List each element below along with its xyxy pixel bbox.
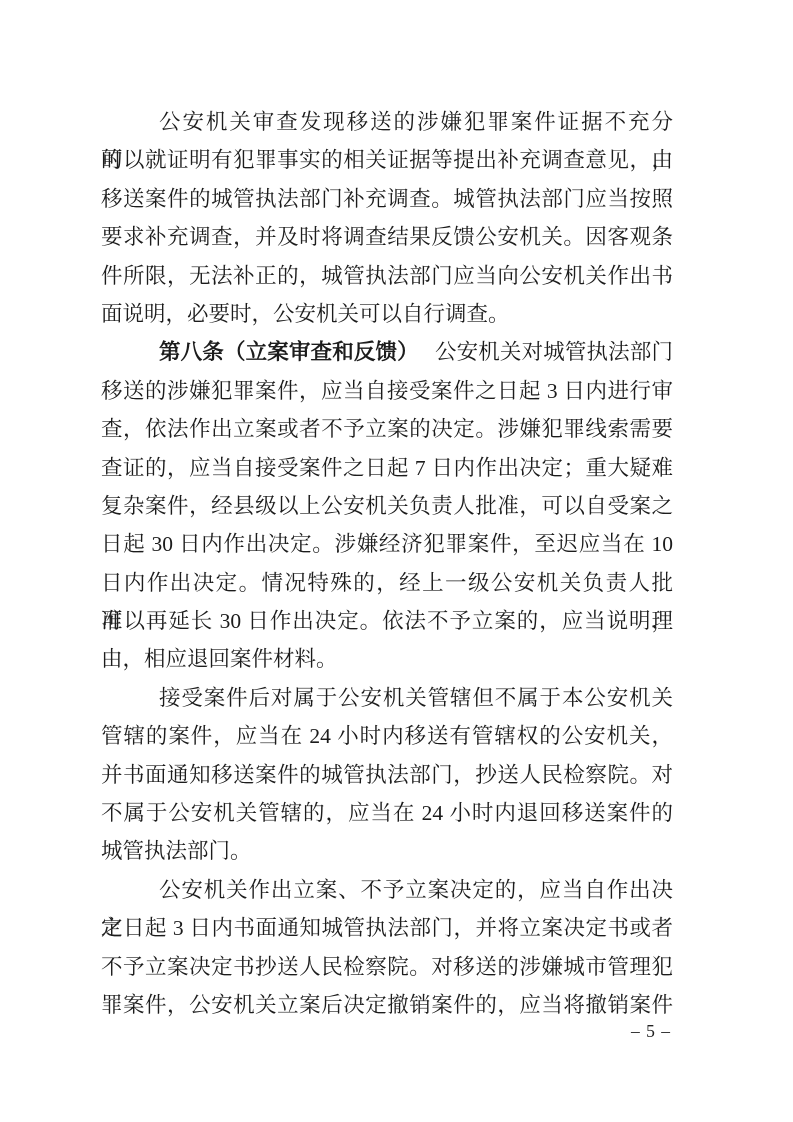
document-page: 公安机关审查发现移送的涉嫌犯罪案件证据不充分的， 可以就证明有犯罪事实的相关证据… <box>0 0 793 1122</box>
text-line: 移送案件的城管执法部门补充调查。城管执法部门应当按照 <box>101 180 673 218</box>
text-line: 公安机关审查发现移送的涉嫌犯罪案件证据不充分的， <box>101 103 673 141</box>
text-line: 之日起 3 日内书面通知城管执法部门，并将立案决定书或者 <box>101 909 673 947</box>
paragraph: 公安机关审查发现移送的涉嫌犯罪案件证据不充分的， 可以就证明有犯罪事实的相关证据… <box>101 103 673 333</box>
text-line: 不予立案决定书抄送人民检察院。对移送的涉嫌城市管理犯 <box>101 948 673 986</box>
text-line: 第八条（立案审查和反馈）公安机关对城管执法部门 <box>101 333 673 371</box>
text-line: 并书面通知移送案件的城管执法部门，抄送人民检察院。对 <box>101 756 673 794</box>
article-8-heading: 第八条（立案审查和反馈） <box>159 340 419 364</box>
text-line: 移送的涉嫌犯罪案件，应当自接受案件之日起 3 日内进行审 <box>101 372 673 410</box>
text-line: 公安机关作出立案、不予立案决定的，应当自作出决定 <box>101 871 673 909</box>
text-line: 管辖的案件，应当在 24 小时内移送有管辖权的公安机关， <box>101 717 673 755</box>
text-line: 罪案件，公安机关立案后决定撤销案件的，应当将撤销案件 <box>101 986 673 1024</box>
text-line: 查证的，应当自接受案件之日起 7 日内作出决定；重大疑难 <box>101 449 673 487</box>
text-line: 面说明，必要时，公安机关可以自行调查。 <box>101 295 673 333</box>
text-line: 由，相应退回案件材料。 <box>101 640 673 678</box>
paragraph: 接受案件后对属于公安机关管辖但不属于本公安机关 管辖的案件，应当在 24 小时内… <box>101 679 673 871</box>
paragraph: 公安机关作出立案、不予立案决定的，应当自作出决定 之日起 3 日内书面通知城管执… <box>101 871 673 1025</box>
text-line: 可以就证明有犯罪事实的相关证据等提出补充调查意见，由 <box>101 141 673 179</box>
heading-line-rest: 公安机关对城管执法部门 <box>435 340 673 364</box>
text-line: 日内作出决定。情况特殊的，经上一级公安机关负责人批准， <box>101 564 673 602</box>
paragraph-article-8: 第八条（立案审查和反馈）公安机关对城管执法部门 移送的涉嫌犯罪案件，应当自接受案… <box>101 333 673 679</box>
text-line: 日起 30 日内作出决定。涉嫌经济犯罪案件，至迟应当在 10 <box>101 525 673 563</box>
body-text: 公安机关审查发现移送的涉嫌犯罪案件证据不充分的， 可以就证明有犯罪事实的相关证据… <box>101 103 673 1024</box>
page-number: – 5 – <box>616 1018 686 1044</box>
text-line: 查，依法作出立案或者不予立案的决定。涉嫌犯罪线索需要 <box>101 410 673 448</box>
text-line: 可以再延长 30 日作出决定。依法不予立案的，应当说明理 <box>101 602 673 640</box>
text-line: 要求补充调查，并及时将调查结果反馈公安机关。因客观条 <box>101 218 673 256</box>
text-line: 件所限，无法补正的，城管执法部门应当向公安机关作出书 <box>101 257 673 295</box>
text-line: 接受案件后对属于公安机关管辖但不属于本公安机关 <box>101 679 673 717</box>
heading-spacer <box>419 358 435 359</box>
text-line: 不属于公安机关管辖的，应当在 24 小时内退回移送案件的 <box>101 794 673 832</box>
text-line: 城管执法部门。 <box>101 832 673 870</box>
text-line: 复杂案件，经县级以上公安机关负责人批准，可以自受案之 <box>101 487 673 525</box>
